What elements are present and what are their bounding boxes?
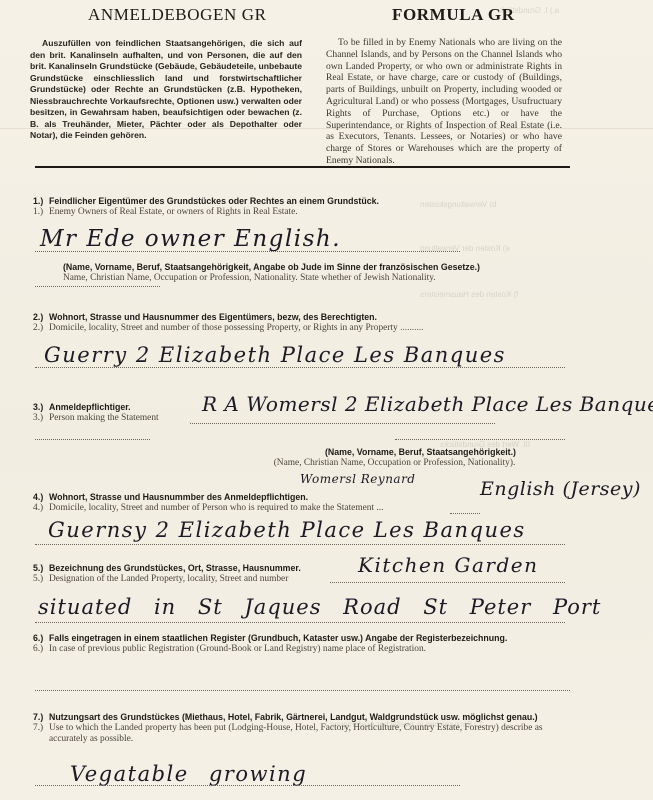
answer-2-owner-domicile[interactable]: Guerry 2 Elizabeth Place Les Banques <box>44 343 506 367</box>
instructions-german: Auszufüllen von feindlichen Staatsangehö… <box>30 38 302 142</box>
question-6: 6.)Falls eingetragen in einem staatliche… <box>33 633 507 655</box>
answer-5-line <box>330 582 565 583</box>
answer-4-line <box>35 544 565 545</box>
answer-4-declarant-domicile[interactable]: Guernsy 2 Elizabeth Place Les Banques <box>48 518 526 542</box>
scanned-form-page: a.) I. Grundstück b) Verwaltungskosten e… <box>0 0 653 800</box>
question-2-label-de: Wohnort, Strasse und Hausnummer des Eige… <box>49 312 377 322</box>
question-6-label-en: In case of previous public Registration … <box>49 644 426 654</box>
header-divider <box>35 166 570 168</box>
question-5: 5.)Bezeichnung des Grundstückes, Ort, St… <box>33 563 301 585</box>
instructions-english: To be filled in by Enemy Nationals who a… <box>326 37 562 167</box>
question-7-label-de: Nutzungsart des Grundstückes (Miethaus, … <box>49 712 538 723</box>
question-5-label-de: Bezeichnung des Grundstückes, Ort, Stras… <box>49 563 301 573</box>
form-title-german: ANMELDEBOGEN GR <box>88 5 267 25</box>
answer-3-line <box>190 423 495 424</box>
question-2-label-en: Domicile, locality, Street and number of… <box>49 323 398 333</box>
answer-3-nationality[interactable]: English (Jersey) <box>480 478 641 500</box>
answer-6-line[interactable] <box>35 690 570 691</box>
show-through-text: f) Kosten des Hausmeisters <box>420 290 518 299</box>
question-4: 4.)Wohnort, Strasse und Hausnummber des … <box>33 492 383 514</box>
question-4-label-de: Wohnort, Strasse und Hausnummber des Anm… <box>49 492 308 502</box>
answer-3-name-extra[interactable]: Womersl Reynard <box>300 472 416 486</box>
separator-dots <box>395 439 565 440</box>
answer-3-person-making-statement[interactable]: R A Womersl 2 Elizabeth Place Les Banque… <box>202 392 653 416</box>
question-1-label-en: Enemy Owners of Real Estate, or owners o… <box>49 207 298 217</box>
answer-4-lead-dots <box>450 513 480 514</box>
question-6-label-de: Falls eingetragen in einem staatlichen R… <box>49 633 507 643</box>
answer-7-line <box>35 785 460 786</box>
answer-5-property-location[interactable]: situated in St Jaques Road St Peter Port <box>38 595 601 619</box>
question-3-label-de: Anmeldepflichtiger. <box>49 402 131 412</box>
question-1-note: (Name, Vorname, Beruf, Staatsangehörigke… <box>63 262 480 284</box>
question-3: 3.)Anmeldepflichtiger. 3.)Person making … <box>33 402 159 424</box>
question-7-label-en: Use to which the Landed property has bee… <box>49 723 573 745</box>
question-3-label-en: Person making the Statement <box>49 413 159 423</box>
question-1-label-de: Feindlicher Eigentümer des Grundstückes … <box>49 196 379 206</box>
answer-5-property-designation[interactable]: Kitchen Garden <box>358 553 539 577</box>
answer-2-line <box>35 367 565 368</box>
answer-7-property-use[interactable]: Vegatable growing <box>70 762 307 786</box>
answer-1-line <box>35 251 460 252</box>
separator-dots <box>35 439 150 440</box>
answer-5-line-2 <box>35 622 565 623</box>
question-5-label-en: Designation of the Landed Property, loca… <box>49 574 288 584</box>
form-title-english: FORMULA GR <box>392 5 515 25</box>
question-1: 1.)Feindlicher Eigentümer des Grundstück… <box>33 196 379 218</box>
question-3-note: (Name, Vorname, Beruf, Staatsangehörigke… <box>273 447 516 469</box>
answer-1-owner[interactable]: Mr Ede owner English. <box>40 226 341 252</box>
question-4-label-en: Domicile, locality, Street and number of… <box>49 503 383 513</box>
show-through-text: b) Verwaltungskosten <box>420 200 497 209</box>
separator-dots <box>35 286 160 287</box>
question-2: 2.)Wohnort, Strasse und Hausnummer des E… <box>33 312 424 334</box>
question-7: 7.)Nutzungsart des Grundstückes (Miethau… <box>33 712 573 745</box>
